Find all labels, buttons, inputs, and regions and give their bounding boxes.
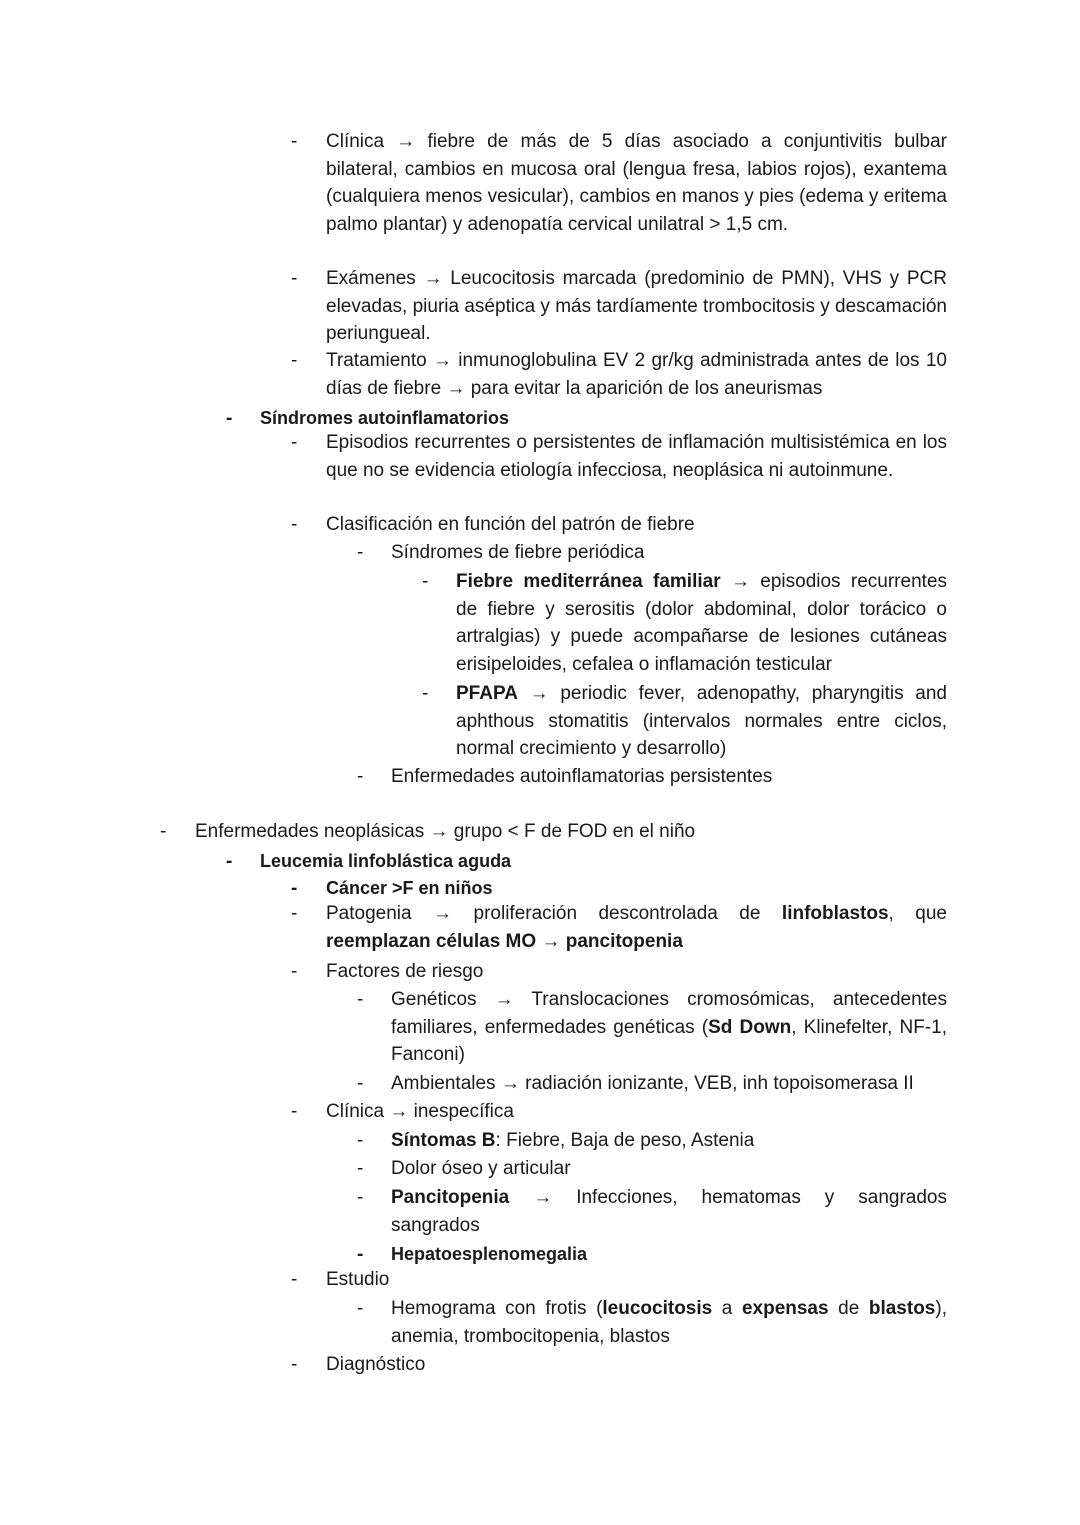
list-item-text: Factores de riesgo [326,958,947,986]
text-run: Estudio [326,1269,389,1290]
bullet-dash: - [226,405,232,433]
list-item: -Ambientales → radiación ionizante, VEB,… [391,1070,947,1098]
list-item: -Diagnóstico [326,1351,947,1379]
bold-text: Pancitopenia [391,1187,509,1208]
list-item-text: Leucemia linfoblástica aguda [260,848,947,876]
list-item: -Hemograma con frotis (leucocitosis a ex… [391,1295,947,1350]
list-item-text: Estudio [326,1266,947,1294]
list-item-text: Diagnóstico [326,1351,947,1379]
text-run: Episodios recurrentes o persistentes de … [326,432,947,481]
list-item-text: Patogenia → proliferación descontrolada … [326,900,947,955]
list-item: -Factores de riesgo [326,958,947,986]
list-item-text: Cáncer >F en niños [326,875,947,903]
text-run: : Fiebre, Baja de peso, Astenia [496,1130,755,1151]
list-item-text: Clasificación en función del patrón de f… [326,511,947,539]
bold-text: Sd Down [708,1017,791,1038]
text-run: Hemograma con frotis ( [391,1298,602,1319]
bullet-dash: - [357,1070,363,1098]
bullet-dash: - [291,128,297,156]
list-item-text: Fiebre mediterránea familiar → episodios… [456,568,947,678]
text-run: de [829,1298,869,1319]
bullet-dash: - [357,539,363,567]
text-run: Diagnóstico [326,1354,425,1375]
text-run: Tratamiento → inmunoglobulina EV 2 gr/kg… [326,350,947,399]
bullet-dash: - [160,818,166,846]
list-item-text: PFAPA → periodic fever, adenopathy, phar… [456,680,947,763]
bullet-dash: - [291,1351,297,1379]
text-run: → periodic fever, adenopathy, pharyngiti… [456,683,947,759]
list-item-text: Dolor óseo y articular [391,1155,947,1183]
bold-text: Leucemia linfoblástica aguda [260,851,511,871]
bold-text: leucocitosis [602,1298,712,1319]
bullet-dash: - [291,958,297,986]
list-item: -Síntomas B: Fiebre, Baja de peso, Asten… [391,1127,947,1155]
bullet-dash: - [357,1184,363,1212]
list-item: -Episodios recurrentes o persistentes de… [326,429,947,484]
bold-text: Hepatoesplenomegalia [391,1244,587,1264]
bold-text: Síntomas B [391,1130,496,1151]
list-item-text: Ambientales → radiación ionizante, VEB, … [391,1070,947,1098]
text-run: Clasificación en función del patrón de f… [326,514,695,535]
list-item-text: Tratamiento → inmunoglobulina EV 2 gr/kg… [326,347,947,402]
bold-text: expensas [742,1298,829,1319]
list-item: -Enfermedades neoplásicas → grupo < F de… [195,818,947,846]
list-item-text: Clínica → inespecífica [326,1098,947,1126]
list-item: -Pancitopenia → Infecciones, hematomas y… [391,1184,947,1239]
list-item: -Fiebre mediterránea familiar → episodio… [456,568,947,678]
bullet-dash: - [291,265,297,293]
text-run: Enfermedades neoplásicas → grupo < F de … [195,821,695,842]
bullet-dash: - [357,1155,363,1183]
bullet-dash: - [422,680,428,708]
list-item: -PFAPA → periodic fever, adenopathy, pha… [456,680,947,763]
list-item: -Clínica → fiebre de más de 5 días asoci… [326,128,947,238]
list-item-text: Clínica → fiebre de más de 5 días asocia… [326,128,947,238]
list-item-text: Exámenes → Leucocitosis marcada (predomi… [326,265,947,348]
bullet-dash: - [422,568,428,596]
list-item-text: Genéticos → Translocaciones cromosómicas… [391,986,947,1069]
list-item: -Hepatoesplenomegalia [391,1241,947,1269]
list-item: -Cáncer >F en niños [326,875,947,903]
text-run: Clínica → inespecífica [326,1101,514,1122]
list-item-text: Síndromes de fiebre periódica [391,539,947,567]
bold-text: Síndromes autoinflamatorios [260,408,509,428]
list-item: -Enfermedades autoinflamatorias persiste… [391,763,947,791]
list-item: -Genéticos → Translocaciones cromosómica… [391,986,947,1069]
list-item-text: Episodios recurrentes o persistentes de … [326,429,947,484]
list-item: -Clínica → inespecífica [326,1098,947,1126]
bullet-dash: - [291,875,297,903]
text-run: Factores de riesgo [326,961,483,982]
bullet-dash: - [357,1241,363,1269]
document-page: -Clínica → fiebre de más de 5 días asoci… [0,0,1080,1525]
text-run: Ambientales → radiación ionizante, VEB, … [391,1073,914,1094]
bold-text: linfoblastos [782,903,889,924]
list-item: -Clasificación en función del patrón de … [326,511,947,539]
list-item-text: Enfermedades autoinflamatorias persisten… [391,763,947,791]
bullet-dash: - [291,511,297,539]
bold-text: pancitopenia [566,931,683,952]
bold-text: reemplazan células MO [326,931,536,952]
bold-text: Cáncer >F en niños [326,878,493,898]
bold-text: PFAPA [456,683,518,704]
text-run: Patogenia → proliferación descontrolada … [326,903,782,924]
bold-text: blastos [869,1298,936,1319]
text-run: Síndromes de fiebre periódica [391,542,644,563]
bullet-dash: - [357,986,363,1014]
list-item-text: Pancitopenia → Infecciones, hematomas y … [391,1184,947,1239]
text-run: Exámenes → Leucocitosis marcada (predomi… [326,268,947,344]
text-run: Clínica → fiebre de más de 5 días asocia… [326,131,947,235]
list-item-text: Síntomas B: Fiebre, Baja de peso, Asteni… [391,1127,947,1155]
list-item: -Exámenes → Leucocitosis marcada (predom… [326,265,947,348]
list-item: -Leucemia linfoblástica aguda [260,848,947,876]
list-item: -Dolor óseo y articular [391,1155,947,1183]
text-run: Enfermedades autoinflamatorias persisten… [391,766,772,787]
bold-text: Fiebre mediterránea familiar [456,571,721,592]
bullet-dash: - [357,1295,363,1323]
list-item: -Tratamiento → inmunoglobulina EV 2 gr/k… [326,347,947,402]
text-run: , que [889,903,947,924]
bullet-dash: - [291,1098,297,1126]
list-item: -Patogenia → proliferación descontrolada… [326,900,947,955]
list-item-text: Enfermedades neoplásicas → grupo < F de … [195,818,947,846]
list-item-text: Hepatoesplenomegalia [391,1241,947,1269]
list-item-text: Hemograma con frotis (leucocitosis a exp… [391,1295,947,1350]
bullet-dash: - [357,763,363,791]
text-run: a [712,1298,742,1319]
list-item: -Síndromes de fiebre periódica [391,539,947,567]
bullet-dash: - [291,429,297,457]
bullet-dash: - [291,1266,297,1294]
text-run: Dolor óseo y articular [391,1158,571,1179]
bullet-dash: - [357,1127,363,1155]
text-run: → [536,931,566,952]
bullet-dash: - [291,347,297,375]
bullet-dash: - [226,848,232,876]
bullet-dash: - [291,900,297,928]
list-item: -Estudio [326,1266,947,1294]
